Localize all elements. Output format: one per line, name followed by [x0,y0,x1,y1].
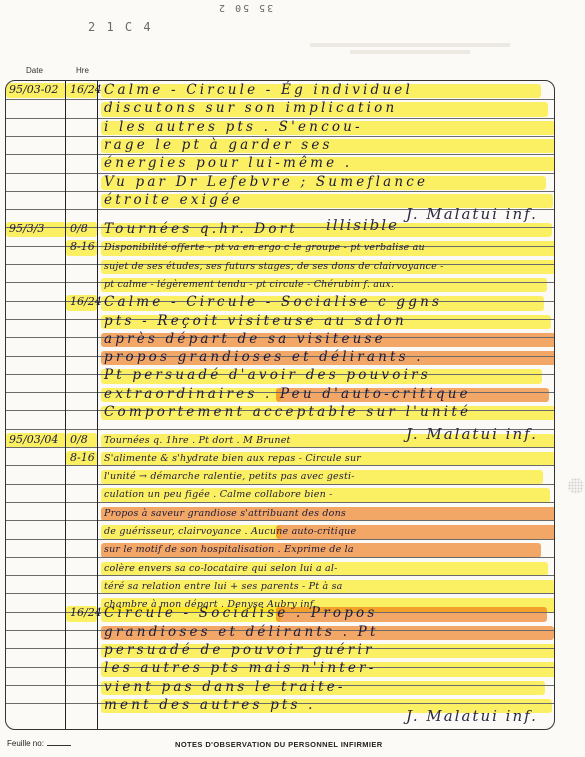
nurse-signature: J. Malatui inf. [406,707,538,725]
entry-text-line: discutons sur son implication [104,100,397,116]
ruled-line [6,191,554,192]
entry-text-line: Tournées q.hr. Dort [104,221,298,237]
entry-hour: 8-16 [70,451,95,464]
entry-text-line: Vu par Dr Lefebvre ; Sumeflance [104,174,428,190]
entry-text-line: de guérisseur, clairvoyance . Aucune aut… [104,526,356,537]
entry-text-line: culation un peu figée . Calme collabore … [104,489,333,500]
entry-text-line: étroite exigée [104,192,243,208]
entry-text-line: Disponibilité offerte - pt va en ergo c … [104,242,425,253]
entry-text-line: Pt persuadé d'avoir des pouvoirs [104,367,431,383]
faint-header-print [310,40,510,62]
ruled-line [6,465,554,466]
ruled-line [6,539,554,540]
entry-hour: 8-16 [70,240,95,253]
hour-column-label: Hre [76,66,89,75]
sheet-number-field: Feuille no: [7,739,71,748]
entry-text-line: pts - Reçoit visiteuse au salon [104,313,407,329]
entry-text-line: Calme - Circule - Socialise c ggns [104,294,442,310]
nurse-signature: illisible [326,216,399,234]
entry-hour: 0/8 [70,222,88,235]
ruled-line [6,575,554,576]
entry-text-line: Calme - Circule - Ég individuel [104,82,413,98]
ruled-line [6,484,554,485]
entry-text-line: Tournées q. 1hre . Pt dort . M Brunet [104,435,291,446]
date-column-label: Date [26,66,43,75]
entry-text-line: les autres pts mais n'inter- [104,660,376,676]
entry-text-line: i les autres pts . S'encou- [104,119,363,135]
entry-text-line: propos grandioses et délirants . [104,349,424,365]
entry-text-line: grandioses et délirants . Pt [104,624,379,640]
form-title: NOTES D'OBSERVATION DU PERSONNEL INFIRMI… [175,740,383,749]
entry-text-line: l'unité → démarche ralentie, petits pas … [104,471,355,482]
entry-date: 95/3/3 [9,222,44,235]
nurse-signature: J. Malatui inf. [406,425,538,443]
ruled-line [6,557,554,558]
entry-hour: 16/24 [70,606,102,619]
entry-text-line: persuadé de pouvoir guérir [104,642,375,658]
ruled-line [6,520,554,521]
entry-text-line: après départ de sa visiteuse [104,331,386,347]
entry-text-line: Propos à saveur grandiose s'attribuant d… [104,508,346,519]
entry-text-line: sur le motif de son hospitalisation . Ex… [104,544,354,555]
nurse-signature: J. Malatui inf. [406,205,538,223]
entry-date: 95/03/04 [9,433,58,446]
entry-text-line: S'alimente & s'hydrate bien aux repas - … [104,453,361,464]
stamp-top: 35 50 2 [217,2,273,13]
entry-text-line: Comportement acceptable sur l'unité [104,404,471,420]
sheet-number-blank [47,745,71,746]
entry-hour: 16/24 [70,295,102,308]
ruled-line [6,447,554,448]
entry-text-line: extraordinaires . Peu d'auto-critique [104,386,471,402]
entry-text-line: énergies pour lui-même . [104,155,352,171]
ruled-line [6,593,554,594]
entry-text-line: téré sa relation entre lui + ses parents… [104,581,343,592]
observation-table: 95/03-0216/24Calme - Circule - Ég indivi… [5,80,555,730]
entry-text-line: ment des autres pts . [104,697,316,713]
entry-hour: 16/24 [70,83,102,96]
sheet-number-label: Feuille no: [7,739,44,748]
entry-hour: 0/8 [70,433,88,446]
entry-text-line: rage le pt à garder ses [104,137,333,153]
entry-date: 95/03-02 [9,83,58,96]
entry-text-line: sujet de ses études, ses futurs stages, … [104,261,444,272]
hour-column-divider [97,81,98,729]
entry-text-line: colère envers sa co-locataire qui selon … [104,563,338,574]
entry-text-line: vient pas dans le traite- [104,679,346,695]
date-column-divider [65,81,66,729]
stamp-dot [568,478,584,494]
ruled-line [6,502,554,503]
file-number-stamp: 2 1 C 4 [88,20,153,34]
entry-text-line: pt calme - légèrement tendu - pt circule… [104,279,394,290]
entry-text-line: Circule - Socialise . Propos [104,605,378,621]
